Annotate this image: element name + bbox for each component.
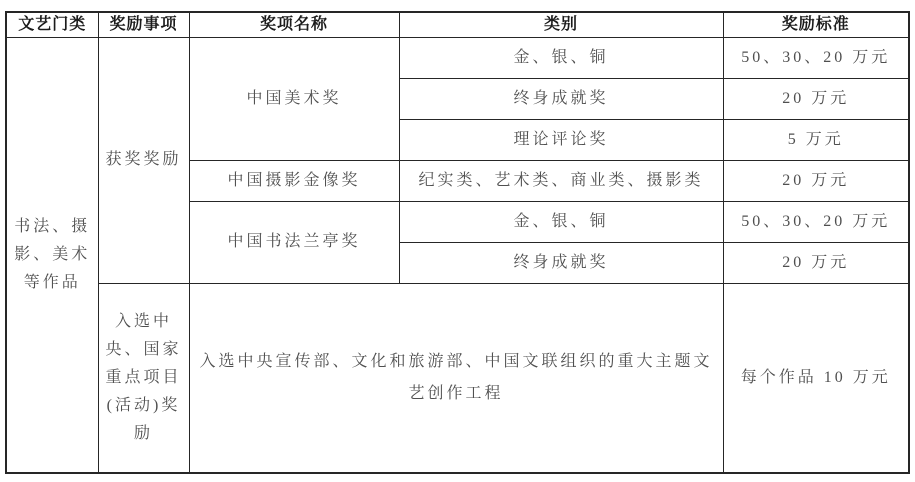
cell-award-category: 金、银、铜 [399,201,723,242]
cell-reward-standard: 50、30、20 万元 [723,37,909,78]
header-cell-category: 类别 [399,12,723,37]
header-cell-award-name: 奖项名称 [189,12,399,37]
cell-award-category: 终身成就奖 [399,78,723,119]
cell-reward-standard: 50、30、20 万元 [723,201,909,242]
cell-award-category: 理论评论奖 [399,119,723,160]
cell-reward-standard: 20 万元 [723,78,909,119]
cell-award-category: 终身成就奖 [399,242,723,283]
table-row: 入选中央、国家重点项目(活动)奖励 入选中央宣传部、文化和旅游部、中国文联组织的… [6,283,909,473]
cell-reward-type-selected-project: 入选中央、国家重点项目(活动)奖励 [98,283,189,473]
cell-award-name-fine-arts: 中国美术奖 [189,37,399,160]
cell-award-category: 纪实类、艺术类、商业类、摄影类 [399,160,723,201]
header-cell-reward-standard: 奖励标准 [723,12,909,37]
reward-table: 文艺门类 奖励事项 奖项名称 类别 奖励标准 书法、摄影、美术等作品 获奖奖励 … [5,11,910,474]
cell-art-category: 书法、摄影、美术等作品 [6,37,98,473]
cell-award-name-calligraphy: 中国书法兰亭奖 [189,201,399,283]
table-header-row: 文艺门类 奖励事项 奖项名称 类别 奖励标准 [6,12,909,37]
header-cell-art-category: 文艺门类 [6,12,98,37]
cell-project-description: 入选中央宣传部、文化和旅游部、中国文联组织的重大主题文艺创作工程 [189,283,723,473]
cell-reward-standard: 20 万元 [723,242,909,283]
cell-reward-type-awarded: 获奖奖励 [98,37,189,283]
table-row: 书法、摄影、美术等作品 获奖奖励 中国美术奖 金、银、铜 50、30、20 万元 [6,37,909,78]
header-cell-reward-item: 奖励事项 [98,12,189,37]
cell-reward-standard: 20 万元 [723,160,909,201]
cell-reward-standard: 5 万元 [723,119,909,160]
cell-award-category: 金、银、铜 [399,37,723,78]
cell-reward-standard: 每个作品 10 万元 [723,283,909,473]
cell-award-name-photography: 中国摄影金像奖 [189,160,399,201]
document-page: 文艺门类 奖励事项 奖项名称 类别 奖励标准 书法、摄影、美术等作品 获奖奖励 … [0,0,915,482]
